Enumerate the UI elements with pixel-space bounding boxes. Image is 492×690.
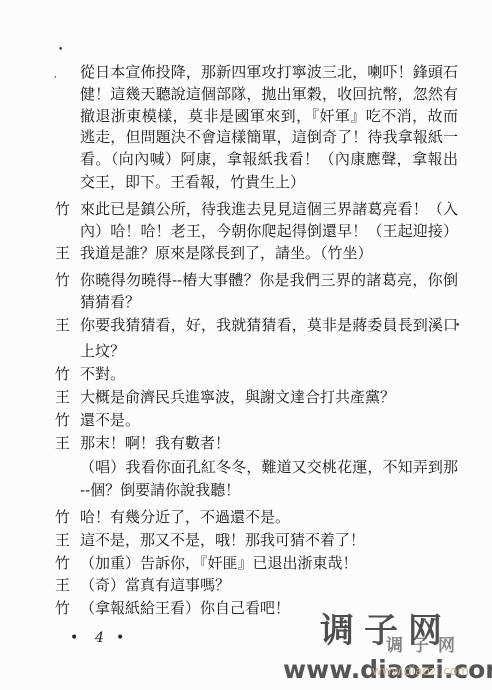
line-text: 我道是誰？原來是隊長到了，請坐。（竹坐） [80, 243, 373, 263]
speaker-label: 竹 [55, 199, 70, 219]
line-text: 哈！有幾分近了，不過還不是。 [80, 507, 290, 527]
line-text: 從日本宣佈投降，那新四軍攻打寧波三北，喇吓！鋒頭石 [80, 62, 458, 82]
speaker-label: 王 [55, 433, 70, 453]
line-text: 你曉得勿曉得--樁大事體？你是我們三界的諸葛亮，你倒 [80, 270, 458, 290]
scan-mark-comma: , [54, 70, 57, 80]
page-number-decor: • [116, 629, 124, 647]
line-text: 這不是，那又不是，哦！那我可猜不着了！ [80, 530, 365, 550]
speaker-label: 竹 [55, 410, 70, 430]
line-text: 上坟？ [80, 341, 125, 361]
speaker-label: 竹 [55, 270, 70, 290]
line-text: 不對。 [80, 364, 125, 384]
speaker-label: 竹 [55, 598, 70, 618]
line-text: （拿報紙給王看）你自己看吧！ [80, 598, 290, 618]
line-text: （唱）我看你面孔紅冬冬，難道又交桃花運，不知弄到那 [80, 457, 458, 477]
line-text: 看。（向內喊）阿康，拿報紙我看！（內康應聲，拿報出 [80, 149, 458, 169]
watermark-url-small: www.diaozi.com [372, 664, 469, 678]
speaker-label: 竹 [55, 553, 70, 573]
speaker-label: 王 [55, 243, 70, 263]
speaker-label: 王 [55, 530, 70, 550]
scan-mark-dot: • [58, 45, 63, 55]
line-text: 猜猜看？ [80, 292, 140, 312]
line-text: 還不是。 [80, 410, 140, 430]
line-text: （奇）當真有這事嗎？ [80, 575, 230, 595]
watermark-brand-small: 调子网 [386, 636, 464, 656]
line-text: 來此已是鎮公所，待我進去見見這個三界諸葛亮看！（入 [80, 199, 458, 219]
line-text: （加重）告訴你，『奸匪』已退出浙東哉！ [80, 553, 358, 573]
line-text: 健！這幾天聽說這個部隊，拋出軍穀，收回抗幣，忽然有 [80, 84, 458, 104]
page-number-decor: • [70, 629, 78, 647]
line-text: 內）哈！哈！老王，今朝你爬起得倒還早！（王起迎接） [80, 221, 458, 241]
line-text: 那末！啊！我有數者！ [80, 433, 230, 453]
line-text: 撤退浙東模樣，莫非是國軍來到，『奸軍』吃不消，故而 [80, 106, 458, 126]
speaker-label: 王 [55, 315, 70, 335]
line-text: 逃走，但問題決不會這樣簡單，這倒奇了！待我拿報紙一 [80, 127, 458, 147]
speaker-label: 王 [55, 387, 70, 407]
speaker-label: 竹 [55, 364, 70, 384]
speaker-label: 王 [55, 575, 70, 595]
stage-direction: 交王，即下。王看報，竹貴生上） [80, 172, 305, 192]
speaker-label: 竹 [55, 507, 70, 527]
line-text: --個？倒要請你說我聽！ [80, 480, 240, 500]
line-text: 你要我猜猜看，好，我就猜猜看，莫非是蔣委員長到溪口 [80, 315, 458, 335]
page-number-value: 4 [95, 629, 104, 647]
line-text: 大概是俞濟民兵進寧波，與謝文達合打共產黨？ [80, 387, 395, 407]
